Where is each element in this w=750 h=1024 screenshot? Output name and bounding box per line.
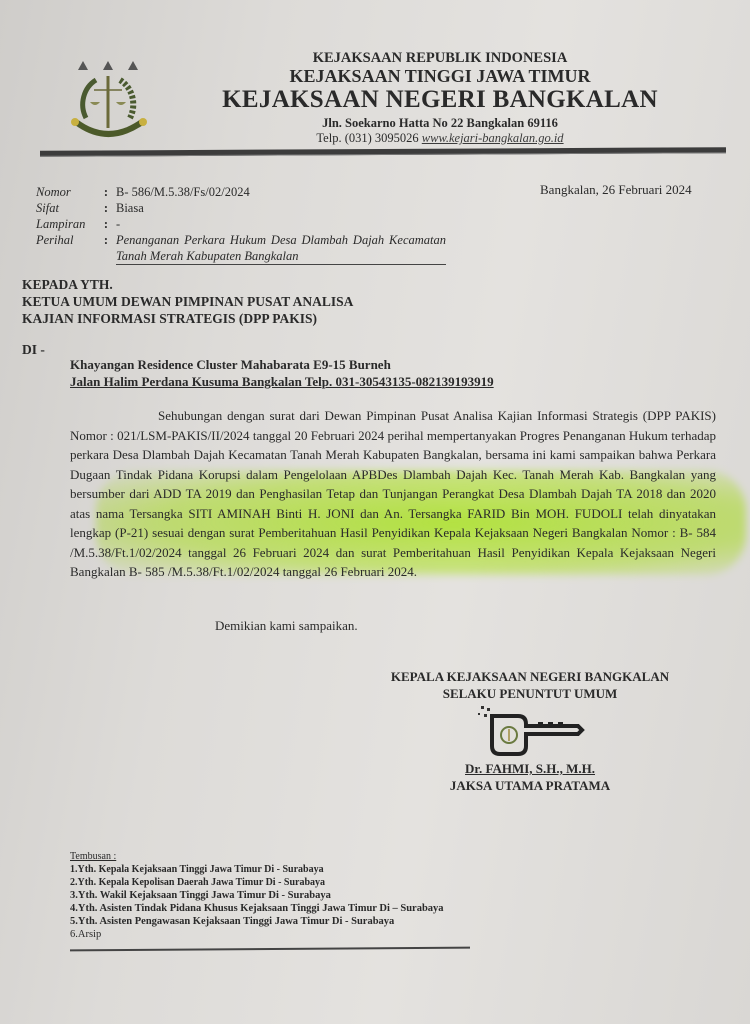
tembusan-item: 4.Yth. Asisten Tindak Pidana Khusus Keja… [70, 902, 444, 915]
digital-signature-key-icon [478, 706, 588, 758]
tembusan-list: Tembusan : 1.Yth. Kepala Kejaksaan Tingg… [70, 850, 444, 941]
signatory-rank: JAKSA UTAMA PRATAMA [370, 777, 690, 794]
signature-title-2: SELAKU PENUNTUT UMUM [370, 685, 690, 702]
tembusan-item: 3.Yth. Wakil Kejaksaan Tinggi Jawa Timur… [70, 889, 444, 902]
signatory: Dr. FAHMI, S.H., M.H. JAKSA UTAMA PRATAM… [370, 760, 690, 794]
recipient-address-1: Khayangan Residence Cluster Mahabarata E… [70, 356, 494, 373]
meta-value: - [116, 216, 446, 232]
meta-row-perihal: Perihal: Penanganan Perkara Hukum Desa D… [36, 232, 446, 265]
meta-row-sifat: Sifat: Biasa [36, 200, 446, 216]
letterhead-line-2: KEJAKSAAN TINGGI JAWA TIMUR [160, 66, 720, 87]
recipient-block: KEPADA YTH. KETUA UMUM DEWAN PIMPINAN PU… [22, 276, 353, 327]
tembusan-item: 2.Yth. Kepala Kepolisan Daerah Jawa Timu… [70, 876, 444, 889]
tembusan-item: 1.Yth. Kepala Kejaksaan Tinggi Jawa Timu… [70, 863, 444, 876]
recipient-title-1: KETUA UMUM DEWAN PIMPINAN PUSAT ANALISA [22, 293, 353, 310]
letterhead-contact: Telp. (031) 3095026 www.kejari-bangkalan… [160, 131, 720, 146]
letter-closing: Demikian kami sampaikan. [215, 618, 358, 634]
tembusan-heading: Tembusan : [70, 850, 444, 863]
letter-meta: Nomor: B- 586/M.5.38/Fs/02/2024 Sifat: B… [36, 184, 446, 265]
recipient-di: DI - [22, 342, 45, 358]
signature-title-1: KEPALA KEJAKSAAN NEGERI BANGKALAN [370, 668, 690, 685]
recipient-address-2: Jalan Halim Perdana Kusuma Bangkalan Tel… [70, 373, 494, 390]
letterhead-website-link[interactable]: www.kejari-bangkalan.go.id [422, 131, 564, 145]
letterhead-address: Jln. Soekarno Hatta No 22 Bangkalan 6911… [160, 116, 720, 131]
recipient-title-2: KAJIAN INFORMASI STRATEGIS (DPP PAKIS) [22, 310, 353, 327]
tembusan-item: 6.Arsip [70, 928, 444, 941]
recipient-address: Khayangan Residence Cluster Mahabarata E… [70, 356, 494, 390]
recipient-salutation: KEPADA YTH. [22, 276, 353, 293]
letter-body: Sehubungan dengan surat dari Dewan Pimpi… [70, 406, 716, 582]
meta-row-lampiran: Lampiran: - [36, 216, 446, 232]
letterhead-line-1: KEJAKSAAN REPUBLIK INDONESIA [160, 50, 720, 67]
tembusan-item: 5.Yth. Asisten Pengawasan Kejaksaan Ting… [70, 915, 444, 928]
signatory-name: Dr. FAHMI, S.H., M.H. [370, 760, 690, 777]
tembusan-divider [70, 947, 470, 951]
letterhead-divider [40, 147, 726, 157]
meta-label: Lampiran [36, 216, 96, 232]
meta-value: Penanganan Perkara Hukum Desa Dlambah Da… [116, 232, 446, 265]
letter-date: Bangkalan, 26 Februari 2024 [540, 182, 692, 198]
kejaksaan-emblem-icon [66, 58, 152, 148]
signature-title: KEPALA KEJAKSAAN NEGERI BANGKALAN SELAKU… [370, 668, 690, 702]
letterhead-phone: Telp. (031) 3095026 [316, 131, 418, 145]
meta-label: Perihal [36, 232, 96, 265]
meta-value: B- 586/M.5.38/Fs/02/2024 [116, 184, 446, 200]
meta-label: Sifat [36, 200, 96, 216]
letterhead-office-name: KEJAKSAAN NEGERI BANGKALAN [160, 86, 720, 114]
meta-row-nomor: Nomor: B- 586/M.5.38/Fs/02/2024 [36, 184, 446, 200]
meta-label: Nomor [36, 184, 96, 200]
meta-value: Biasa [116, 200, 446, 216]
